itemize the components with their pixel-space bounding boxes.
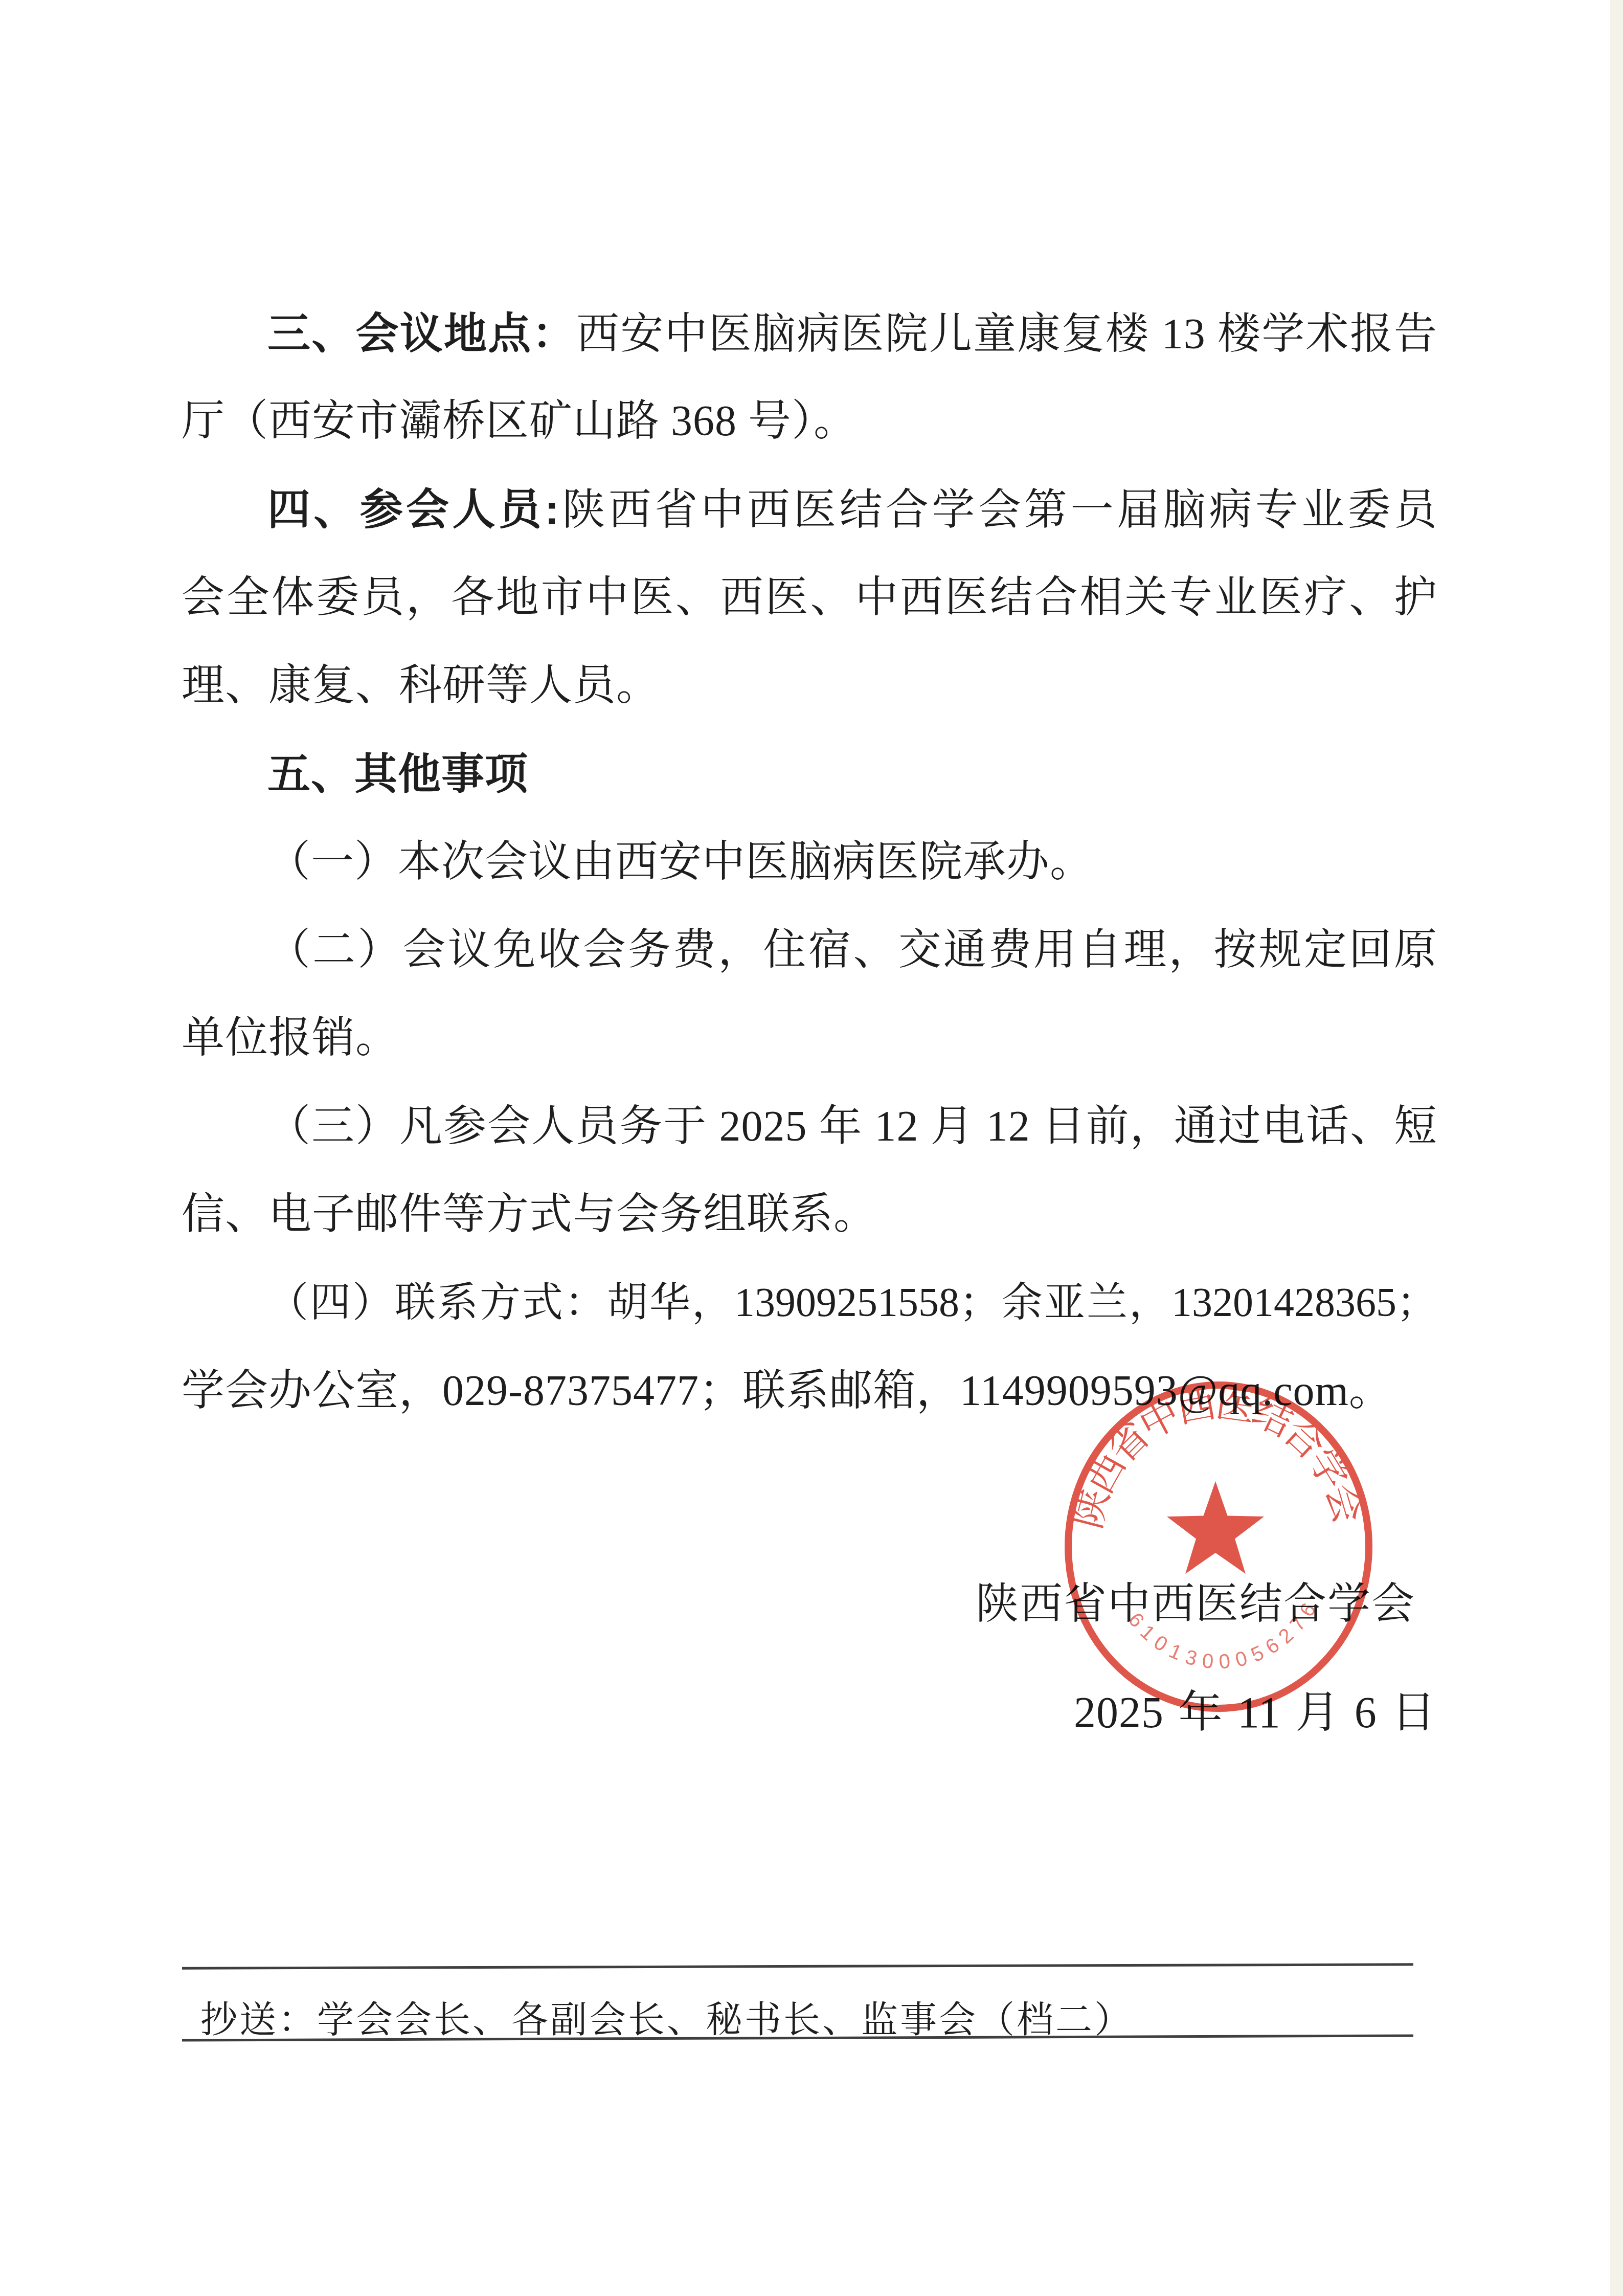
text-segment: 厅（西安市灞桥区矿山路 368 号）。	[182, 397, 857, 445]
text-segment: 陕西省中西医结合学会第一届脑病专业委员	[559, 486, 1437, 534]
document-page: 三、会议地点：西安中医脑病医院儿童康复楼 13 楼学术报告 厅（西安市灞桥区矿山…	[0, 0, 1623, 2296]
text-segment: 信、电子邮件等方式与会务组联系。	[182, 1191, 877, 1238]
body-line: 三、会议地点：西安中医脑病医院儿童康复楼 13 楼学术报告	[182, 307, 1437, 361]
body-line: 单位报销。	[182, 1012, 1437, 1065]
section-label: 四、参会人员:	[267, 485, 559, 533]
section-label: 五、其他事项	[267, 750, 528, 798]
text-segment: 理、康复、科研等人员。	[182, 662, 660, 709]
section-label: 三、会议地点：	[267, 309, 576, 358]
text-segment: （四）联系方式：胡华，13909251558；余亚兰，13201428365；	[267, 1280, 1437, 1325]
body-line: 理、康复、科研等人员。	[182, 659, 1437, 712]
official-seal: 陕西省中西医结合学会 6101300056276	[1060, 1378, 1378, 1713]
text-segment: （一）本次会议由西安中医脑病医院承办。	[267, 838, 1093, 886]
body-line: 四、参会人员:陕西省中西医结合学会第一届脑病专业委员	[182, 483, 1437, 537]
footer-cc-line: 抄送：学会会长、各副会长、秘书长、监事会（档二）	[200, 1990, 1133, 2043]
text-segment: （三）凡参会人员务于 2025 年 12 月 12 日前，通过电话、短	[267, 1103, 1437, 1150]
seal-star-icon	[1167, 1481, 1264, 1574]
scan-edge-shadow	[1610, 0, 1623, 2296]
text-segment: 单位报销。	[182, 1014, 399, 1062]
body-line: （一）本次会议由西安中医脑病医院承办。	[182, 836, 1437, 889]
seal-graphic: 陕西省中西医结合学会 6101300056276	[1060, 1378, 1378, 1713]
body-line: （三）凡参会人员务于 2025 年 12 月 12 日前，通过电话、短	[182, 1100, 1437, 1153]
footer-rule-top	[182, 1963, 1413, 1970]
text-segment: 西安中医脑病医院儿童康复楼 13 楼学术报告	[576, 310, 1437, 358]
body-line: （四）联系方式：胡华，13909251558；余亚兰，13201428365；	[182, 1276, 1437, 1329]
body-line: 信、电子邮件等方式与会务组联系。	[182, 1188, 1437, 1241]
body-line: （二）会议免收会务费，住宿、交通费用自理，按规定回原	[182, 924, 1437, 977]
body-line: 厅（西安市灞桥区矿山路 368 号）。	[182, 395, 1437, 448]
body-line: 五、其他事项	[182, 747, 1437, 801]
text-segment: （二）会议免收会务费，住宿、交通费用自理，按规定回原	[267, 926, 1437, 974]
text-segment: 会全体委员，各地市中医、西医、中西医结合相关专业医疗、护	[182, 574, 1437, 621]
body-line: 会全体委员，各地市中医、西医、中西医结合相关专业医疗、护	[182, 571, 1437, 625]
seal-registration-number: 6101300056276	[1124, 1594, 1324, 1674]
seal-number-container: 6101300056276	[1124, 1594, 1324, 1674]
